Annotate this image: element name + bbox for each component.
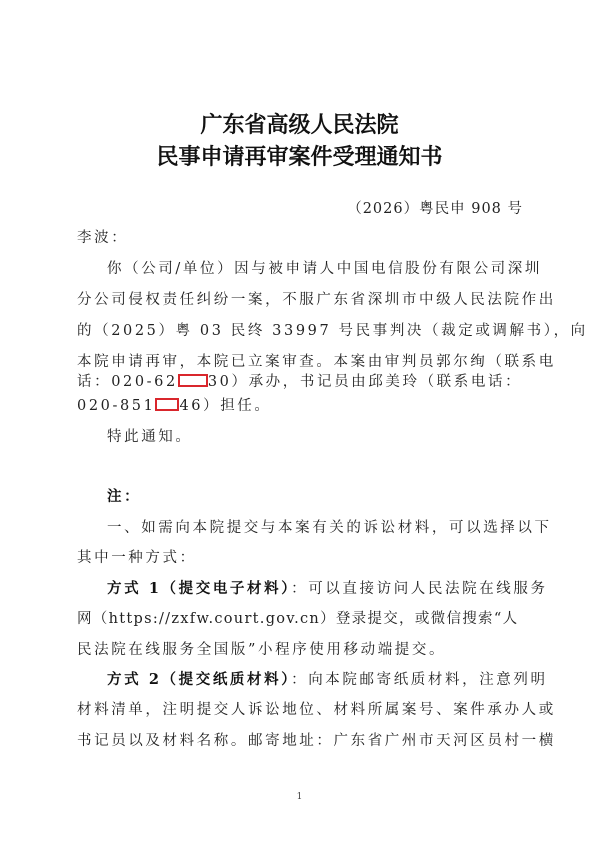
case-number: （2026）粤民申 908 号 (347, 197, 523, 218)
method2-text: ：向本院邮寄纸质材料，注意列明 (291, 672, 548, 688)
closing-text: 特此通知。 (107, 427, 523, 447)
page-number: 1 (0, 792, 599, 802)
clerk-phone-prefix: 020-851 (77, 398, 155, 414)
notes-heading: 注： (107, 487, 523, 507)
body-line-2: 分公司侵权责任纠纷一案，不服广东省深圳市中级人民法院作出 (77, 290, 523, 310)
method2-line2: 材料清单，注明提交人诉讼地位、材料所属案号、案件承办人或 (77, 700, 523, 720)
body-line-4: 本院申请再审，本院已立案审查。本案由审判员郭尔绚（联系电 (77, 352, 523, 372)
method1-label: 方式 1（提交电子材料） (107, 580, 291, 597)
body-line-5: 话：020-6230）承办，书记员由邱美玲（联系电话： (77, 372, 523, 392)
notice-title: 民事申请再审案件受理通知书 (0, 140, 599, 171)
body-line-1: 你（公司/单位）因与被申请人中国电信股份有限公司深圳 (107, 259, 523, 279)
method1-line2: 网（https://zxfw.court.gov.cn）登录提交，或微信搜索“人 (77, 609, 523, 629)
addressee: 李波： (77, 228, 523, 248)
method1-line3: 民法院在线服务全国版”小程序使用移动端提交。 (77, 640, 523, 660)
redaction-box (178, 374, 208, 387)
method2-line3: 书记员以及材料名称。邮寄地址：广东省广州市天河区员村一横 (77, 731, 523, 751)
notes-item1-line1: 一、如需向本院提交与本案有关的诉讼材料，可以选择以下 (107, 518, 523, 538)
clerk-phone-suffix: 46）担任。 (179, 398, 271, 414)
method2-label: 方式 2（提交纸质材料） (107, 671, 291, 688)
judge-phone-suffix: 30）承办，书记员由邱美玲（联系电话： (208, 374, 522, 390)
body-line-3: 的（2025）粤 03 民终 33997 号民事判决（裁定或调解书），向 (77, 321, 523, 341)
method1-line1: 方式 1（提交电子材料）：可以直接访问人民法院在线服务 (107, 579, 523, 599)
document-page: 广东省高级人民法院 民事申请再审案件受理通知书 （2026）粤民申 908 号 … (0, 0, 599, 848)
notes-item1-line2: 其中一种方式： (77, 548, 523, 568)
method2-line1: 方式 2（提交纸质材料）：向本院邮寄纸质材料，注意列明 (107, 670, 523, 690)
method1-text: ：可以直接访问人民法院在线服务 (291, 581, 548, 597)
court-name-title: 广东省高级人民法院 (0, 108, 599, 139)
redaction-box (155, 398, 179, 411)
judge-phone-prefix: 话：020-62 (77, 374, 178, 390)
body-line-6: 020-85146）担任。 (77, 396, 523, 416)
